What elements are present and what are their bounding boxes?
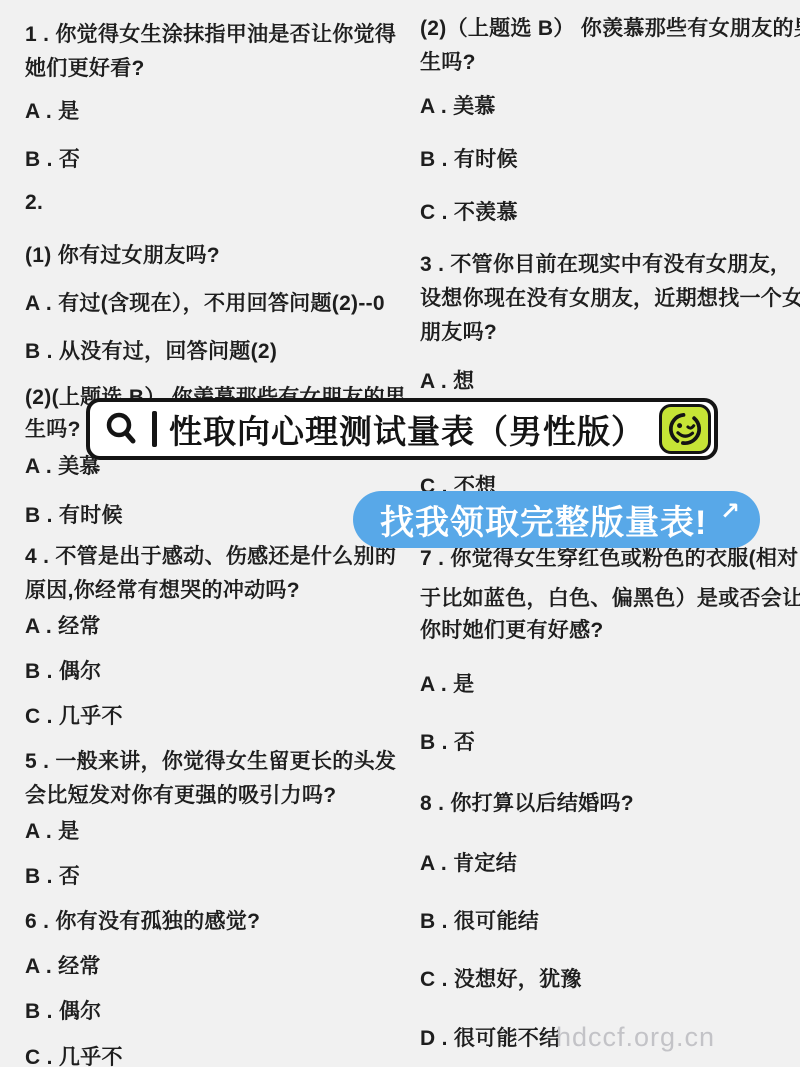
questionnaire-text-line: A . 想 <box>420 365 474 395</box>
questionnaire-text-line: A . 是 <box>420 668 474 698</box>
arrow-up-right-icon: ↗ <box>720 497 740 526</box>
questionnaire-text-line: B . 有时候 <box>420 143 518 173</box>
questionnaire-text-line: (1) 你有过女朋友吗? <box>25 239 220 269</box>
winking-smiley-icon <box>659 404 711 454</box>
questionnaire-text-line: 朋友吗? <box>420 316 497 346</box>
questionnaire-text-line: 你时她们更有好感? <box>420 614 604 644</box>
questionnaire-text-line: 8 . 你打算以后结婚吗? <box>420 787 634 817</box>
questionnaire-text-line: A . 肯定结 <box>420 847 517 877</box>
questionnaire-text-line: B . 偶尔 <box>25 655 101 685</box>
banner-title: 性取向心理测试量表（男性版） <box>169 406 645 453</box>
search-icon <box>102 409 142 449</box>
questionnaire-text-line: C . 不羡慕 <box>420 196 518 226</box>
questionnaire-text-line: B . 否 <box>420 726 475 756</box>
questionnaire-text-line: B . 很可能结 <box>420 905 539 935</box>
questionnaire-text-line: B . 偶尔 <box>25 995 101 1025</box>
questionnaire-text-line: D . 很可能不结 <box>420 1022 560 1052</box>
watermark: hdccf.org.cn <box>556 1022 715 1053</box>
banner-separator <box>152 411 157 447</box>
questionnaire-text-line: B . 否 <box>25 143 80 173</box>
questionnaire-text-line: B . 从没有过，回答问题(2) <box>25 335 277 365</box>
questionnaire-text-line: A . 经常 <box>25 610 101 640</box>
questionnaire-text-line: A . 经常 <box>25 950 101 980</box>
questionnaire-text-line: C . 没想好，犹豫 <box>420 963 582 993</box>
questionnaire-text-line: 6 . 你有没有孤独的感觉? <box>25 905 260 935</box>
questionnaire-text-line: (2)（上题选 B） 你羡慕那些有女朋友的男 <box>420 12 800 42</box>
questionnaire-text-line: 生吗? <box>420 46 476 76</box>
questionnaire-text-line: 2. <box>25 191 43 215</box>
questionnaire-text-line: C . 几乎不 <box>25 700 123 730</box>
questionnaire-text-line: A . 美慕 <box>420 90 496 120</box>
questionnaire-text-line: 5 . 一般来讲，你觉得女生留更长的头发 <box>25 745 396 775</box>
questionnaire-text-line: 她们更好看? <box>25 52 145 82</box>
questionnaire-text-line: 原因,你经常有想哭的冲动吗? <box>25 574 300 604</box>
questionnaire-text-line: 于比如蓝色，白色、偏黑色）是或否会让 <box>420 582 800 612</box>
questionnaire-text-line: 3 . 不管你目前在现实中有没有女朋友， <box>420 248 791 278</box>
questionnaire-text-line: 1 . 你觉得女生涂抹指甲油是否让你觉得 <box>25 18 396 48</box>
questionnaire-text-line: A . 有过(含现在），不用回答问题(2)--0 <box>25 287 385 317</box>
questionnaire-text-line: C . 几乎不 <box>25 1041 123 1067</box>
questionnaire-text-line: A . 是 <box>25 815 79 845</box>
search-title-banner[interactable]: 性取向心理测试量表（男性版） <box>86 398 718 460</box>
questionnaire-text-line: 设想你现在没有女朋友，近期想找一个女 <box>420 282 800 312</box>
questionnaire-text-line: B . 有时候 <box>25 499 123 529</box>
promo-pill[interactable]: 找我领取完整版量表! ↗ <box>353 491 760 548</box>
questionnaire-text-line: B . 否 <box>25 860 80 890</box>
questionnaire-text-line: 会比短发对你有更强的吸引力吗? <box>25 779 336 809</box>
questionnaire-text-line: 4 . 不管是出于感动、伤感还是什么别的 <box>25 540 396 570</box>
promo-pill-label: 找我领取完整版量表! <box>380 495 707 544</box>
questionnaire-text-line: A . 是 <box>25 95 79 125</box>
questionnaire-text-line: 生吗? <box>25 413 81 443</box>
questionnaire-left-column: 1 . 你觉得女生涂抹指甲油是否让你觉得她们更好看?A . 是B . 否2.(1… <box>25 0 400 1067</box>
